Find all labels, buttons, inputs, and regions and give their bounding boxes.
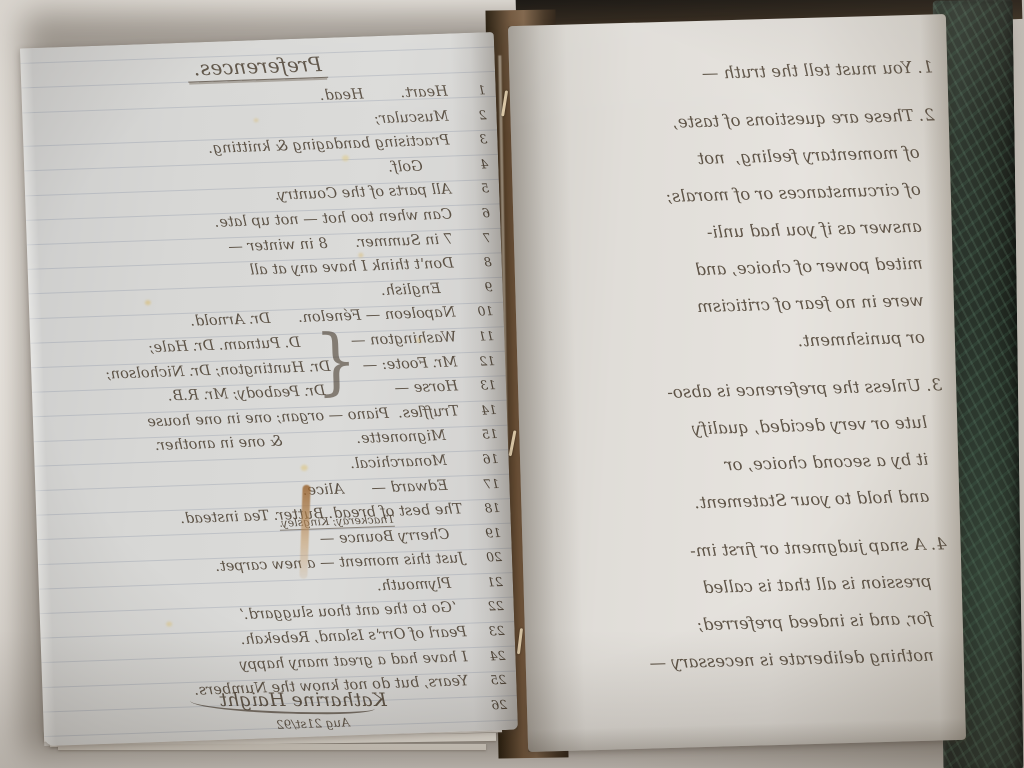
row-number: 23	[466, 623, 505, 639]
row-number: 19	[463, 525, 502, 541]
row-text: Monarchical.	[350, 452, 461, 472]
row-number: 12	[457, 353, 496, 369]
row-number: 25	[468, 672, 507, 688]
mirrored-handwriting-layer: Preferences. 1Heart. Head.2Muscular;3Pra…	[20, 32, 518, 746]
page-title-text: Preferences.	[187, 52, 328, 83]
mirrored-handwriting-layer: 1. You must tell the truth —2. These are…	[508, 14, 966, 752]
row-number: 8	[453, 254, 492, 270]
table-background: Preferences. 1Heart. Head.2Muscular;3Pra…	[0, 0, 1024, 768]
instruction-paragraph: 2. These are questions of taste,of momen…	[518, 96, 941, 367]
row-number: 1	[447, 82, 486, 98]
stitching-thread	[517, 628, 523, 654]
row-number: 24	[467, 648, 506, 664]
row-number: 21	[465, 574, 504, 590]
row-number: 13	[458, 377, 497, 393]
row-number: 9	[454, 279, 493, 295]
row-number: 10	[455, 303, 494, 319]
page-title: Preferences.	[20, 46, 495, 89]
brace-glyph: {	[314, 319, 359, 404]
page-stack	[58, 744, 486, 750]
notebook-page-instructions: 1. You must tell the truth —2. These are…	[508, 14, 966, 752]
notebook-page-preferences: Preferences. 1Heart. Head.2Muscular;3Pra…	[20, 32, 518, 746]
row-text: English.	[381, 280, 455, 299]
row-number: 20	[464, 549, 503, 565]
row-number: 15	[459, 426, 498, 442]
row-number: 16	[460, 451, 499, 467]
row-number: 14	[459, 402, 498, 418]
row-number: 22	[465, 598, 504, 614]
stitching-thread	[509, 430, 517, 456]
date: Aug 21st/92	[276, 715, 350, 732]
instruction-paragraph: 4. A snap judgment or first im-pression …	[530, 525, 950, 685]
row-number: 6	[452, 205, 491, 221]
preferences-rows: 1Heart. Head.2Muscular;3Practising banda…	[26, 82, 508, 737]
row-text: Plymouth.	[377, 575, 466, 594]
instruction-paragraph: 1. You must tell the truth —	[517, 48, 934, 97]
stitching-thread	[501, 90, 508, 116]
instruction-line: 1. You must tell the truth —	[517, 48, 934, 97]
instructions-paragraphs: 1. You must tell the truth —2. These are…	[517, 48, 951, 695]
row-number: 3	[449, 131, 488, 147]
row-text: Heart. Head.	[320, 84, 448, 104]
instruction-paragraph: 3. Unless the preference is abso-lute or…	[526, 366, 946, 526]
row-number: 11	[456, 328, 495, 344]
row-number: 26	[469, 697, 508, 713]
row-number: 18	[462, 500, 501, 516]
row-text: Golf.	[388, 157, 451, 175]
row-text: Muscular;	[374, 108, 449, 127]
row-number: 7	[453, 230, 492, 246]
row-number: 17	[461, 476, 500, 492]
row-number: 4	[450, 156, 489, 172]
row-number: 2	[448, 107, 487, 123]
row-number: 5	[451, 181, 490, 197]
